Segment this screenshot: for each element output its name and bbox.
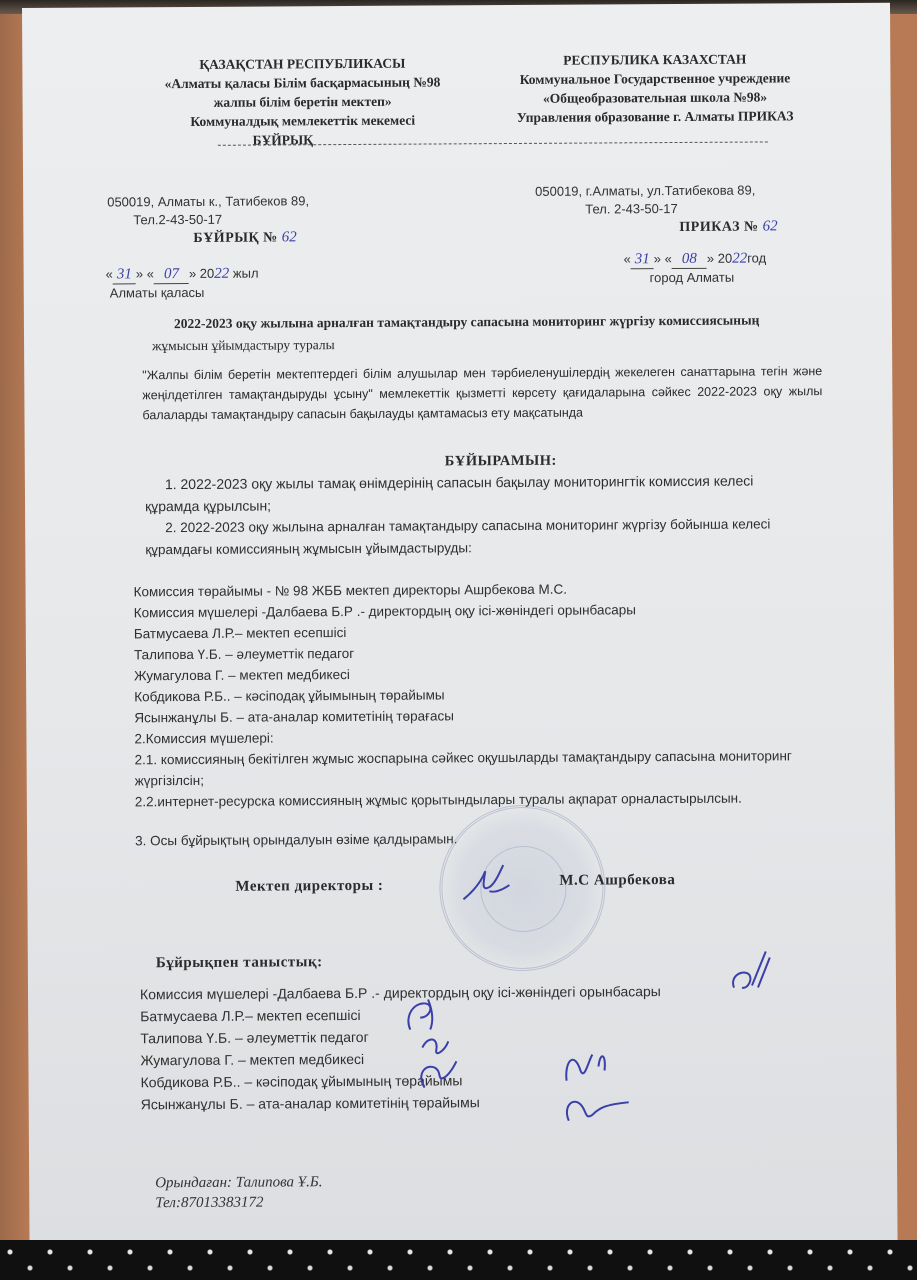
header-right: РЕСПУБЛИКА КАЗАХСТАН Коммунальное Госуда… [477,49,832,127]
header-left: ҚАЗАҚСТАН РЕСПУБЛИКАСЫ «Алматы қаласы Бі… [122,53,483,150]
executor: Орындаған: Талипова Ұ.Б. [155,1172,322,1193]
footer: Орындаған: Талипова Ұ.Б. Тел:87013383172 [155,1172,322,1213]
director-name: М.С Ашрбекова [559,872,675,890]
signature-batmusaeva [400,995,450,1035]
date-year-kz: 22 [214,266,229,282]
item2-line1: 2. 2022-2023 оқу жылына арналған тамақта… [145,513,770,539]
address-left-line2: Тел.2-43-50-17 [107,210,309,229]
date-year-ru: 22 [732,251,747,267]
year-word-ru: год [747,250,766,265]
order-number-right: ПРИКАЗ № 62 [679,217,777,236]
city-kz: Алматы қаласы [106,284,259,303]
commission-list: Комиссия төрайымы - № 98 ЖББ мектеп дире… [134,577,793,851]
signature-dalbaeva [728,947,772,997]
order-number-kz: 62 [282,229,297,245]
order-number-ru: 62 [763,218,778,234]
date-month-ru: 08 [672,250,707,269]
quote-mid: » « [654,251,672,266]
date-day-ru: 31 [631,250,654,269]
date-left: «31» «07» 2022 жыл Алматы қаласы [106,265,259,303]
item2-line2: құрамдағы комиссияның жұмысын ұйымдастыр… [145,535,770,561]
executor-phone: Тел:87013383172 [155,1192,322,1213]
address-right-line1: 050019, г.Алматы, ул.Татибекова 89, [535,182,755,201]
order-items: 1. 2022-2023 оқу жылы тамақ өнімдерінің … [145,469,771,561]
acquainted-heading: Бұйрықпен таныстық: [156,954,323,972]
header-left-line5: БҰЙРЫҚ [83,129,483,150]
header-right-line3: «Общеобразовательная школа №98» [478,87,833,108]
address-right: 050019, г.Алматы, ул.Татибекова 89, Тел.… [535,182,755,219]
duty-2-2: 2.2.интернет-ресурска комиссияның жұмыс … [135,787,792,812]
date-month-kz: 07 [154,265,189,284]
signature-talipova [414,1031,460,1091]
item1-line1: 1. 2022-2023 оқу жылы тамақ өнімдерінің … [145,469,770,495]
intro-paragraph: "Жалпы білім беретін мектептердегі білім… [142,361,822,425]
document-page: ҚАЗАҚСТАН РЕСПУБЛИКАСЫ «Алматы қаласы Бі… [22,3,898,1246]
order-label-kz: БҰЙРЫҚ № [193,230,277,246]
header-right-line1: РЕСПУБЛИКА КАЗАХСТАН [477,49,832,70]
director-signature [459,861,519,907]
address-left-line1: 050019, Алматы к., Татибеков 89, [107,192,309,211]
order-heading: БҰЙЫРАМЫН: [445,453,557,471]
header-left-line2: «Алматы қаласы Білім басқармасының №98 [122,72,482,93]
quote-close: » 20 [707,251,732,266]
quote-open: « [106,266,113,281]
city-ru: город Алматы [624,268,767,287]
address-left: 050019, Алматы к., Татибеков 89, Тел.2-4… [107,192,309,229]
header-left-line3: жалпы білім беретін мектеп» [123,91,483,112]
document-title: 2022-2023 оқу жылына арналған тамақтанды… [152,310,760,358]
year-word-kz: жыл [233,266,259,281]
header-right-line4: Управления образование г. Алматы ПРИКАЗ [478,106,833,127]
header-right-line2: Коммунальное Государственное учреждение [477,68,832,89]
title-line1: 2022-2023 оқу жылына арналған тамақтанды… [152,310,760,336]
quote-close: » 20 [189,266,214,281]
quote-mid: » « [136,266,154,281]
date-right: «31» «08» 2022год город Алматы [623,249,766,287]
order-label-ru: ПРИКАЗ № [679,220,758,235]
address-right-line2: Тел. 2-43-50-17 [535,200,755,219]
date-day-kz: 31 [113,265,136,284]
header-left-line4: Коммуналдық мемлекеттік мекемесі [123,110,483,131]
order-number-left: БҰЙРЫҚ № 62 [193,228,296,247]
quote-open: « [623,251,630,266]
director-label: Мектеп директоры : [235,878,383,896]
header-left-line1: ҚАЗАҚСТАН РЕСПУБЛИКАСЫ [122,53,482,74]
title-line2: жұмысын ұйымдастыру туралы [152,332,760,358]
fabric-background [0,1240,917,1280]
signature-zhumagulova [558,1040,639,1130]
duty-2-1-line1: 2.1. комиссияның бекітілген жұмыс жоспар… [135,745,792,770]
